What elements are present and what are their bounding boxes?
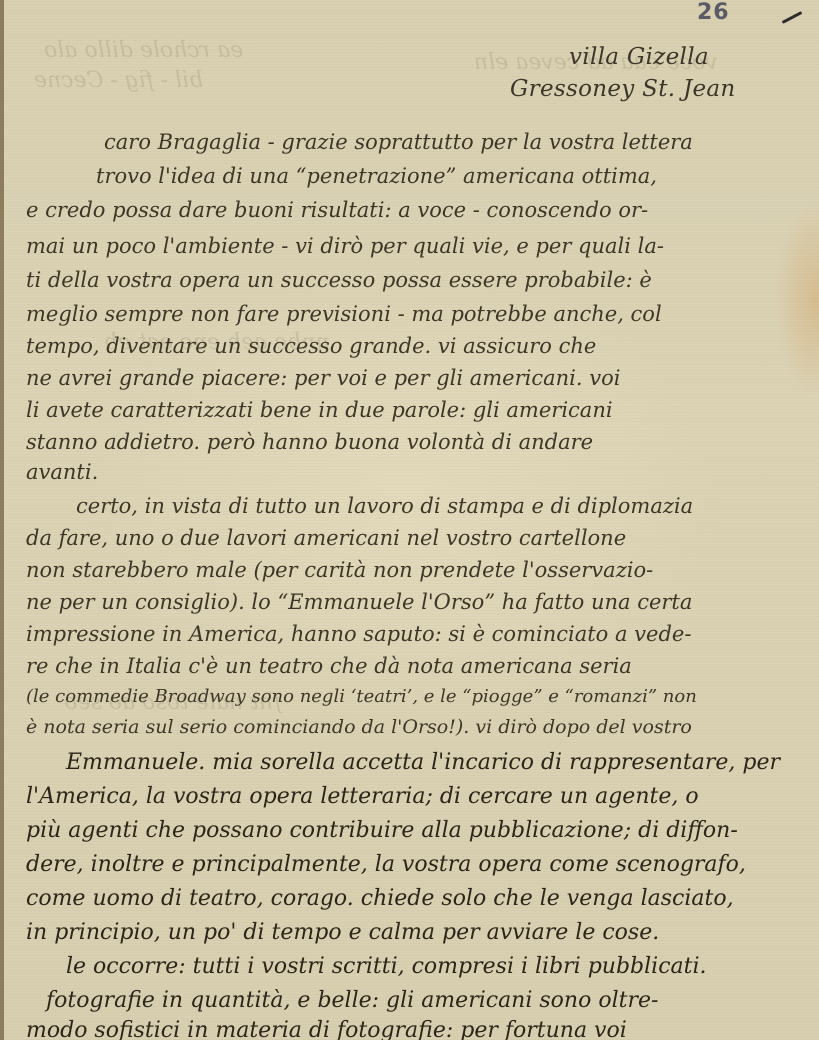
letter-line: le occorre: tutti i vostri scritti, comp…	[66, 954, 707, 979]
letter-line: ne per un consiglio). lo “Emmanuele l'Or…	[26, 590, 692, 614]
letter-line: modo sofistici in materia di fotografie:…	[26, 1018, 627, 1040]
letter-line: meglio sempre non fare previsioni - ma p…	[26, 302, 662, 326]
letter-line: stanno addietro. però hanno buona volont…	[26, 430, 593, 454]
letter-line: (le commedie Broadway sono negli ‘teatri…	[26, 686, 697, 707]
letter-line: certo, in vista di tutto un lavoro di st…	[76, 494, 693, 518]
corner-mark	[782, 11, 803, 24]
letter-line: non starebbero male (per carità non pren…	[26, 558, 653, 582]
letter-line: e credo possa dare buoni risultati: a vo…	[26, 198, 648, 222]
bleed-through-text: bil - fig - Cecne	[34, 68, 203, 93]
address-line-2: Gressoney St. Jean	[510, 76, 736, 102]
letter-line: in principio, un po' di tempo e calma pe…	[26, 920, 659, 945]
letter-line: tempo, diventare un successo grande. vi …	[26, 334, 596, 358]
letter-line: caro Bragaglia - grazie soprattutto per …	[104, 130, 693, 154]
letter-line: come uomo di teatro, corago. chiede solo…	[26, 886, 734, 911]
letter-line: dere, inoltre e principalmente, la vostr…	[26, 852, 746, 877]
letter-line: re che in Italia c'è un teatro che dà no…	[26, 654, 632, 678]
letter-line: Emmanuele. mia sorella accetta l'incaric…	[66, 750, 780, 775]
letter-line: più agenti che possano contribuire alla …	[26, 818, 738, 843]
letter-line: impressione in America, hanno saputo: si…	[26, 622, 691, 646]
letter-line: avanti.	[26, 460, 98, 484]
letter-line: ti della vostra opera un successo possa …	[26, 268, 652, 292]
address-line-1: villa Gizella	[569, 44, 709, 70]
letter-line: li avete caratterizzati bene in due paro…	[26, 398, 613, 422]
letter-line: mai un poco l'ambiente - vi dirò per qua…	[26, 234, 664, 258]
letter-page: ea rchole dillo alo bil - fig - Cecne vo…	[0, 0, 819, 1040]
letter-line: trovo l'idea di una “penetrazione” ameri…	[96, 164, 657, 188]
bleed-through-text: ea rchole dillo alo	[44, 38, 243, 63]
page-number: 26	[697, 0, 730, 25]
letter-line: fotografie in quantità, e belle: gli ame…	[46, 988, 658, 1013]
letter-line: ne avrei grande piacere: per voi e per g…	[26, 366, 620, 390]
letter-line: è nota seria sul serio cominciando da l'…	[26, 716, 692, 738]
letter-line: l'America, la vostra opera letteraria; d…	[26, 784, 699, 809]
letter-line: da fare, uno o due lavori americani nel …	[26, 526, 626, 550]
